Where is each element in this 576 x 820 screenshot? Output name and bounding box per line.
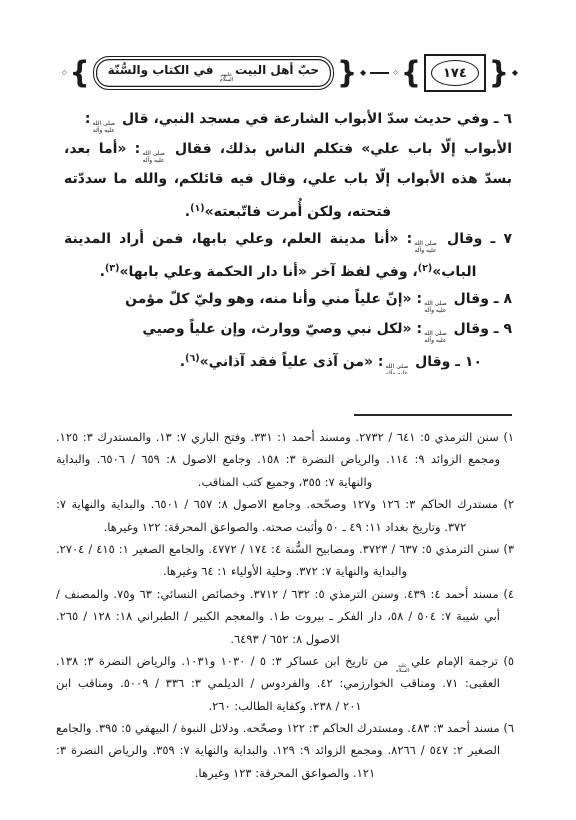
diamond-icon: ◆ xyxy=(512,69,518,77)
text-line: ١٢١. والصواعق المحرقة: ١٢٣ وغيرها. xyxy=(56,762,514,784)
text-line: ٩ ـ وقال صلى اللهعليه وآله: «لكل نبي وصي… xyxy=(64,314,512,344)
text-line: الأبواب إلّا باب علي» فتكلم الناس بذلك، … xyxy=(64,134,512,164)
honorific-pbuh-mark: صلى اللهعليه وآله xyxy=(424,301,447,314)
diamond-icon: ◆ xyxy=(360,69,366,77)
hadith-item: ٦ ـ وفي حديث سدّ الأبواب الشارعة في مسجد… xyxy=(64,104,512,224)
text-line: الاصول ٨: ٦٥٢ / ٦٤٩٣. xyxy=(56,628,514,650)
text-line: بسدّ هذه الأبواب إلّا باب علي، وقال فيه … xyxy=(64,164,512,194)
footnote-ref: (١) xyxy=(190,203,205,214)
book-page: ◇ { ١٧٤ } ◆ ◇ { حبّ أهل البيتعليهمالسلام… xyxy=(0,0,576,820)
text-line: ٢٠١ / ٢٣٨. وكفاية الطالب: ٢٦٠. xyxy=(56,695,514,717)
footnote-item: ٤) مسند أحمد ٤: ٤٣٩. وسنن الترمذي ٥: ٦٣٢… xyxy=(56,583,514,650)
footnote-item: ١) سنن الترمذي ٥: ٦٤١ / ٢٧٣٢. ومسند أحمد… xyxy=(56,426,514,493)
footnote-item: ٢) مستدرك الحاكم ٣: ١٢٦ و١٢٧ وصحّحه. وجا… xyxy=(56,493,514,538)
bracket-ornament-icon: { xyxy=(401,58,421,88)
text-line: ٢) مستدرك الحاكم ٣: ١٢٦ و١٢٧ وصحّحه. وجا… xyxy=(56,493,514,515)
honorific-pbuh-mark: صلى اللهعليه وآله xyxy=(386,364,409,374)
page-number-badge: ١٧٤ xyxy=(424,54,486,92)
text-line: ٣) سنن الترمذي ٥: ٦٣٧ / ٣٧٢٣. ومصابيح ال… xyxy=(56,538,514,560)
main-text: ٦ ـ وفي حديث سدّ الأبواب الشارعة في مسجد… xyxy=(64,104,512,374)
book-title-cartouche: حبّ أهل البيتعليهمالسلام في الكتاب والسُ… xyxy=(93,56,335,90)
page-number-ornament: ◇ { ١٧٤ } ◆ xyxy=(393,54,518,92)
hadith-item: ٨ ـ وقال صلى اللهعليه وآله: «إنّ علياً م… xyxy=(64,284,512,314)
text-line: ١) سنن الترمذي ٥: ٦٤١ / ٢٧٣٢. ومسند أحمد… xyxy=(56,426,514,448)
hadith-item: ١٠ ـ وقال صلى اللهعليه وآله: «من آذى علي… xyxy=(64,344,512,374)
footnote-item: ٦) مسند أحمد ٣: ٤٨٣. ومستدرك الحاكم ٣: ١… xyxy=(56,717,514,784)
bracket-ornament-icon: } xyxy=(337,58,357,88)
honorific-pbuh-mark: صلى اللهعليه وآله xyxy=(142,151,165,164)
text-line: ١٠ ـ وقال صلى اللهعليه وآله: «من آذى علي… xyxy=(64,344,512,374)
text-line: ٦) مسند أحمد ٣: ٤٨٣. ومستدرك الحاكم ٣: ١… xyxy=(56,717,514,739)
honorific-pbuh-mark: صلى اللهعليه وآله xyxy=(92,121,115,134)
text-line: ٣٧٢. وتاريخ بغداد ١١: ٤٩ ـ ٥٠ وأثبت صحته… xyxy=(56,516,514,538)
diamond-icon: ◇ xyxy=(393,70,398,76)
text-line: ٤) مسند أحمد ٤: ٤٣٩. وسنن الترمذي ٥: ٦٣٢… xyxy=(56,583,514,605)
book-title: حبّ أهل البيتعليهمالسلام في الكتاب والسُ… xyxy=(108,63,320,84)
text-line: الصغير ٢: ٥٤٧ / ٨٢٦٦. ومجمع الزوائد ٩: ١… xyxy=(56,739,514,761)
diamond-icon: ◇ xyxy=(62,70,67,76)
header-rule xyxy=(370,72,389,74)
hadith-item: ٧ ـ وقال صلى اللهعليه وآله: «أنا مدينة ا… xyxy=(64,224,512,284)
footnote-item: ٥) ترجمة الإمام عليعليهالسلام من تاريخ ا… xyxy=(56,650,514,717)
footnote-ref: (٦) xyxy=(185,353,200,364)
text-line: ٧ ـ وقال صلى اللهعليه وآله: «أنا مدينة ا… xyxy=(64,224,512,254)
footnote-item: ٣) سنن الترمذي ٥: ٦٣٧ / ٣٧٢٣. ومصابيح ال… xyxy=(56,538,514,583)
honorific-pbuh-mark: صلى اللهعليه وآله xyxy=(414,241,437,254)
footnote-ref: (٢) xyxy=(418,263,433,274)
footnote-ref: (٣) xyxy=(105,263,120,274)
text-line: والنهاية ٧: ٣٥٥، وجميع كتب المناقب. xyxy=(56,471,514,493)
text-line: فتحته، ولكن أُمرت فاتّبعته»(١). xyxy=(64,194,512,224)
honorific-row: السلام xyxy=(220,78,233,84)
text-line: ومجمع الزوائد ٩: ١١٤. والرياض النضرة ٣: … xyxy=(56,448,514,470)
honorific-as_pl-mark: عليهمالسلام xyxy=(220,73,233,84)
honorific-pbuh-mark: صلى اللهعليه وآله xyxy=(424,331,447,344)
honorific-as-mark: عليهالسلام xyxy=(396,664,409,672)
text-line: أبي شيبة ٧: ٥٠٤ / ٥٨، دار الفكر ـ بيروت … xyxy=(56,605,514,627)
page-number: ١٧٤ xyxy=(431,60,479,86)
text-line: ٥) ترجمة الإمام عليعليهالسلام من تاريخ ا… xyxy=(56,650,514,672)
bracket-ornament-icon: { xyxy=(70,58,90,88)
text-line: الباب»(٢)، وفي لفظ آخر «أنا دار الحكمة و… xyxy=(64,254,512,284)
text-line: ٨ ـ وقال صلى اللهعليه وآله: «إنّ علياً م… xyxy=(64,284,512,314)
text-line: والبداية والنهاية ٧: ٣٧٢. وحلية الأولياء… xyxy=(56,560,514,582)
text-line: ٦ ـ وفي حديث سدّ الأبواب الشارعة في مسجد… xyxy=(64,104,512,134)
bracket-ornament-icon: } xyxy=(489,58,509,88)
footnotes: ١) سنن الترمذي ٥: ٦٤١ / ٢٧٣٢. ومسند أحمد… xyxy=(56,426,514,784)
hadith-item: ٩ ـ وقال صلى اللهعليه وآله: «لكل نبي وصي… xyxy=(64,314,512,344)
footnote-separator xyxy=(354,414,512,416)
title-ornament: ◇ { حبّ أهل البيتعليهمالسلام في الكتاب و… xyxy=(62,56,366,90)
honorific-row: عليه وآله xyxy=(386,371,408,374)
page-header: ◇ { ١٧٤ } ◆ ◇ { حبّ أهل البيتعليهمالسلام… xyxy=(62,50,518,96)
text-line: العقبى: ٧١. ومناقب الخوارزمي: ٤٢. والفرد… xyxy=(56,672,514,694)
